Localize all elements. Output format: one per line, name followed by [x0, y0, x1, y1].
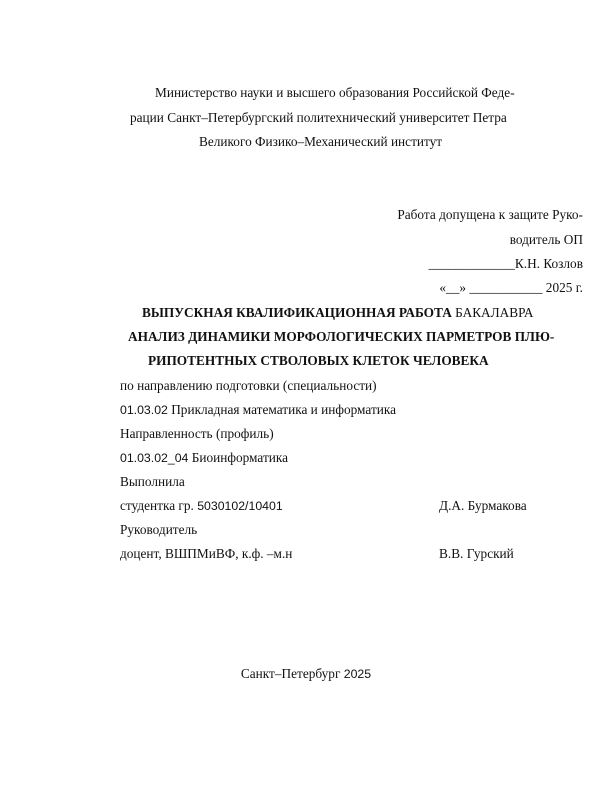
student-prefix: студентка гр.: [120, 498, 194, 513]
direction-label: по направлению подготовки (специальности…: [120, 378, 377, 394]
profile-code: 01.03.02_04: [120, 451, 188, 465]
date-day-blank: __: [446, 280, 459, 295]
direction: 01.03.02 Прикладная математика и информа…: [120, 402, 396, 418]
ministry-line-1: Министерство науки и высшего образования…: [155, 85, 515, 101]
date-year: 2025 г.: [546, 280, 583, 295]
date-month-blank: ___________: [469, 280, 542, 295]
signature-blank: _____________: [428, 256, 514, 271]
approval-line-2: водитель ОП: [510, 232, 583, 248]
year: 2025: [344, 667, 371, 681]
work-type-bold: ВЫПУСКНАЯ КВАЛИФИКАЦИОННАЯ РАБОТА: [142, 305, 452, 320]
profile-label: Направленность (профиль): [120, 426, 274, 442]
topic-line-1: АНАЛИЗ ДИНАМИКИ МОРФОЛОГИЧЕСКИХ ПАРМЕТРО…: [128, 329, 554, 345]
student-name: Д.А. Бурмакова: [439, 498, 527, 514]
profile: 01.03.02_04 Биоинформатика: [120, 450, 288, 466]
supervisor-signature: _____________К.Н. Козлов: [428, 256, 583, 272]
approval-line-1: Работа допущена к защите Руко-: [397, 207, 583, 223]
student-group-number: 5030102/10401: [197, 499, 282, 513]
topic-line-2: РИПОТЕНТНЫХ СТВОЛОВЫХ КЛЕТОК ЧЕЛОВЕКА: [148, 353, 489, 369]
approval-date: «__» ___________ 2025 г.: [439, 280, 583, 296]
city: Санкт–Петербург: [241, 666, 341, 681]
date-close-quote: »: [459, 280, 466, 295]
ministry-line-2: рации Санкт–Петербургский политехнически…: [130, 110, 507, 126]
supervisor-name: К.Н. Козлов: [515, 256, 583, 271]
direction-name: Прикладная математика и информатика: [171, 402, 396, 417]
work-type-degree: БАКАЛАВРА: [455, 305, 533, 320]
student-group: студентка гр. 5030102/10401: [120, 498, 283, 514]
work-type: ВЫПУСКНАЯ КВАЛИФИКАЦИОННАЯ РАБОТА БАКАЛА…: [142, 305, 533, 321]
advisor-label: Руководитель: [120, 522, 197, 538]
profile-name: Биоинформатика: [192, 450, 288, 465]
institute-line: Великого Физико–Механический институт: [199, 134, 442, 150]
direction-code: 01.03.02: [120, 403, 168, 417]
advisor-position: доцент, ВШПМиВФ, к.ф. –м.н: [120, 546, 292, 562]
advisor-name: В.В. Гурский: [439, 546, 514, 562]
performed-label: Выполнила: [120, 474, 185, 490]
city-year: Санкт–Петербург 2025: [0, 666, 612, 682]
